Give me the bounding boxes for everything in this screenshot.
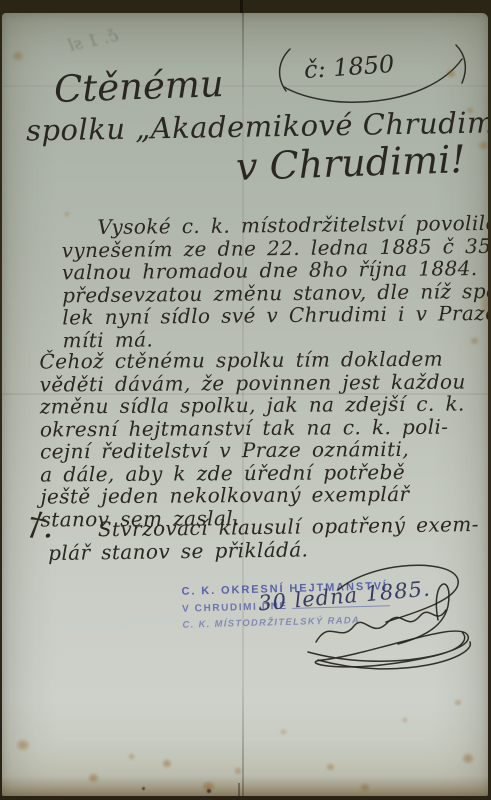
- body-paragraph-1: Vysoké c. k. místodržitelství povolilo v…: [61, 212, 488, 352]
- signature-flourish: [278, 556, 484, 692]
- ink-speck: [207, 789, 211, 793]
- scanned-document-photo: č. 1 sl č: 1850 Ctěnému spolku „Akademik…: [0, 0, 491, 800]
- fox-stain: [128, 753, 135, 760]
- body-paragraph-2: Čehož ctěnému spolku tím dokladem věděti…: [39, 348, 466, 531]
- fox-stain: [402, 717, 408, 723]
- body-line: ještě jeden nekolkovaný exemplář: [40, 483, 466, 508]
- fold-crack-bottom: [238, 783, 240, 796]
- fox-stain: [326, 763, 335, 771]
- fox-stain: [360, 783, 370, 792]
- fox-stain: [12, 51, 24, 61]
- body-line: lek nyní sídlo své v Chrudimi i v Praze: [62, 302, 488, 329]
- fox-stain: [16, 739, 30, 751]
- fox-stain: [462, 753, 474, 764]
- ink-speck: [142, 787, 145, 790]
- recipient-line-3: v Chrudimi!: [235, 137, 466, 189]
- fox-stain: [478, 141, 488, 150]
- fox-stain: [454, 699, 462, 706]
- fox-stain: [88, 773, 99, 783]
- bleedthrough-mark: č. 1 sl: [66, 26, 120, 56]
- paper-sheet: č. 1 sl č: 1850 Ctěnému spolku „Akademik…: [2, 13, 488, 796]
- fox-stain: [234, 767, 242, 775]
- recipient-line-1: Ctěnému: [53, 62, 224, 111]
- fox-stain: [162, 759, 172, 768]
- fox-stain: [280, 729, 287, 735]
